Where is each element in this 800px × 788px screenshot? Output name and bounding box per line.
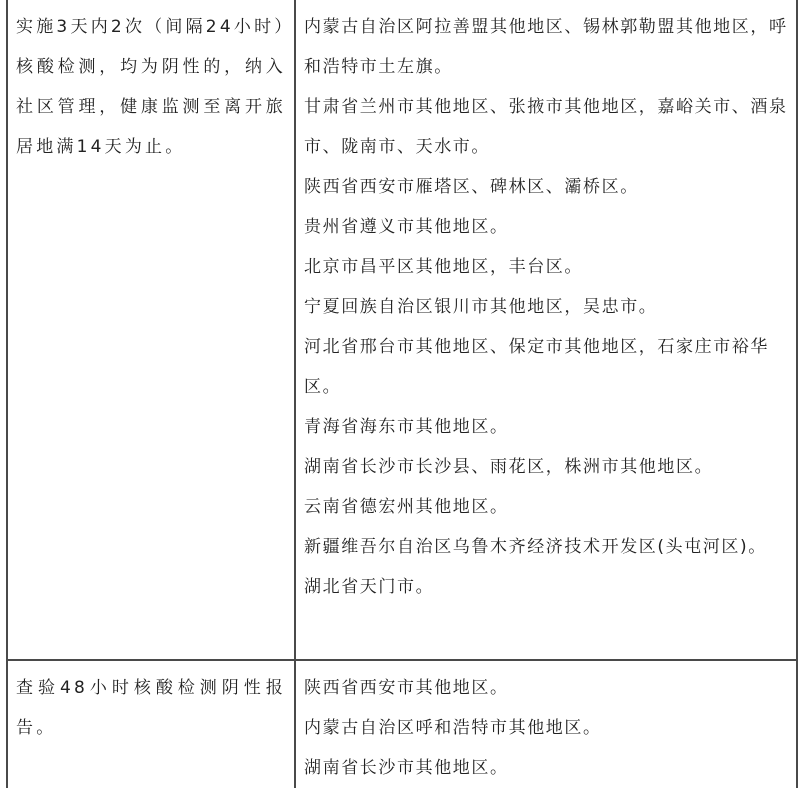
region-line: 宁夏回族自治区银川市其他地区，吴忠市。	[304, 287, 788, 327]
region-line: 陕西省西安市雁塔区、碑林区、灞桥区。	[304, 167, 788, 207]
policy-table: 实施3天内2次（间隔24小时）核酸检测，均为阴性的，纳入社区管理，健康监测至离开…	[6, 0, 798, 788]
region-line: 青海省海东市其他地区。	[304, 407, 788, 447]
table-row: 实施3天内2次（间隔24小时）核酸检测，均为阴性的，纳入社区管理，健康监测至离开…	[7, 0, 797, 660]
region-line: 内蒙古自治区阿拉善盟其他地区、锡林郭勒盟其他地区，呼和浩特市土左旗。	[304, 7, 788, 87]
region-line: 新疆维吾尔自治区乌鲁木齐经济技术开发区(头屯河区)。	[304, 527, 788, 567]
regions-cell: 陕西省西安市其他地区。 内蒙古自治区呼和浩特市其他地区。 湖南省长沙市其他地区。	[295, 660, 797, 788]
region-line: 甘肃省兰州市其他地区、张掖市其他地区，嘉峪关市、酒泉市、陇南市、天水市。	[304, 87, 788, 167]
measure-cell: 实施3天内2次（间隔24小时）核酸检测，均为阴性的，纳入社区管理，健康监测至离开…	[7, 0, 295, 660]
region-line: 北京市昌平区其他地区，丰台区。	[304, 247, 788, 287]
region-line: 湖北省天门市。	[304, 567, 788, 607]
region-line: 湖南省长沙市长沙县、雨花区，株洲市其他地区。	[304, 447, 788, 487]
region-line: 贵州省遵义市其他地区。	[304, 207, 788, 247]
measure-text: 实施3天内2次（间隔24小时）核酸检测，均为阴性的，纳入社区管理，健康监测至离开…	[16, 7, 286, 167]
measure-text: 查验48小时核酸检测阴性报告。	[16, 668, 286, 748]
regions-cell: 内蒙古自治区阿拉善盟其他地区、锡林郭勒盟其他地区，呼和浩特市土左旗。 甘肃省兰州…	[295, 0, 797, 660]
region-line: 湖南省长沙市其他地区。	[304, 748, 788, 788]
measure-cell: 查验48小时核酸检测阴性报告。	[7, 660, 295, 788]
table-row: 查验48小时核酸检测阴性报告。 陕西省西安市其他地区。 内蒙古自治区呼和浩特市其…	[7, 660, 797, 788]
region-line: 河北省邢台市其他地区、保定市其他地区，石家庄市裕华区。	[304, 327, 788, 407]
region-line: 陕西省西安市其他地区。	[304, 668, 788, 708]
region-line: 云南省德宏州其他地区。	[304, 487, 788, 527]
region-line: 内蒙古自治区呼和浩特市其他地区。	[304, 708, 788, 748]
